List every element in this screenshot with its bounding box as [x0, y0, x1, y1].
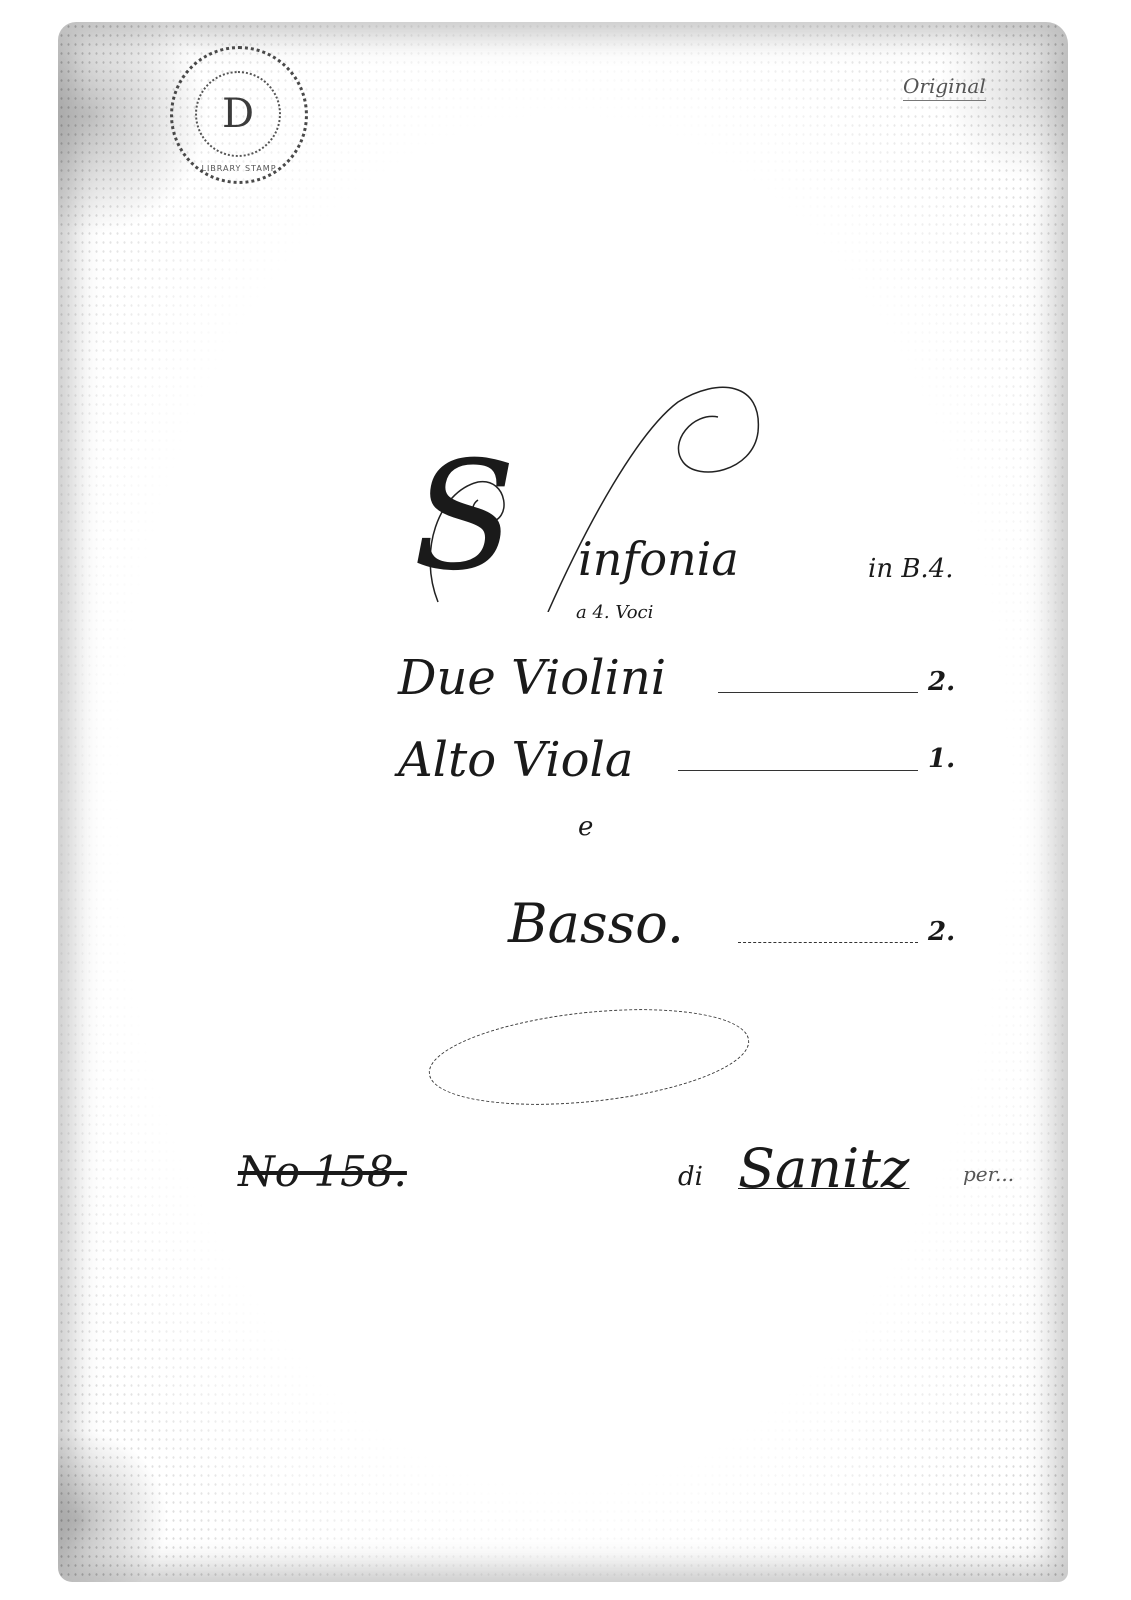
part-name: Alto Viola	[398, 732, 634, 788]
corner-note-original: Original	[903, 74, 986, 101]
stamp-ring-text: LIBRARY STAMP	[173, 164, 305, 173]
title-voices: a 4. Voci	[576, 602, 653, 623]
part-count: 1.	[928, 744, 955, 774]
composer-name: Sanitz	[738, 1137, 909, 1200]
leader-line	[718, 692, 918, 693]
title-key: in B.4.	[868, 554, 954, 584]
part-violini: Due Violini	[398, 650, 666, 706]
conjunction-e: e	[578, 812, 593, 842]
title-text: infonia	[578, 532, 739, 586]
part-name: Basso.	[508, 892, 684, 955]
part-count: 2.	[928, 667, 955, 697]
leader-line	[678, 770, 918, 771]
title-initial: S	[413, 442, 516, 592]
stamp-emblem-icon: D	[195, 71, 281, 157]
catalog-number: No 158.	[238, 1147, 407, 1196]
part-viola: Alto Viola	[398, 732, 634, 788]
manuscript-page: D LIBRARY STAMP Original S infonia in B.…	[58, 22, 1068, 1582]
attribution-prefix: di	[678, 1162, 703, 1192]
library-stamp: D LIBRARY STAMP	[170, 46, 308, 184]
decorative-oval-flourish-icon	[424, 995, 754, 1118]
leader-line	[738, 942, 918, 943]
part-basso: Basso.	[508, 892, 684, 955]
title-flourish-icon	[418, 372, 798, 612]
part-count: 2.	[928, 917, 955, 947]
attribution-suffix: per...	[963, 1162, 1014, 1186]
part-name: Due Violini	[398, 650, 666, 706]
